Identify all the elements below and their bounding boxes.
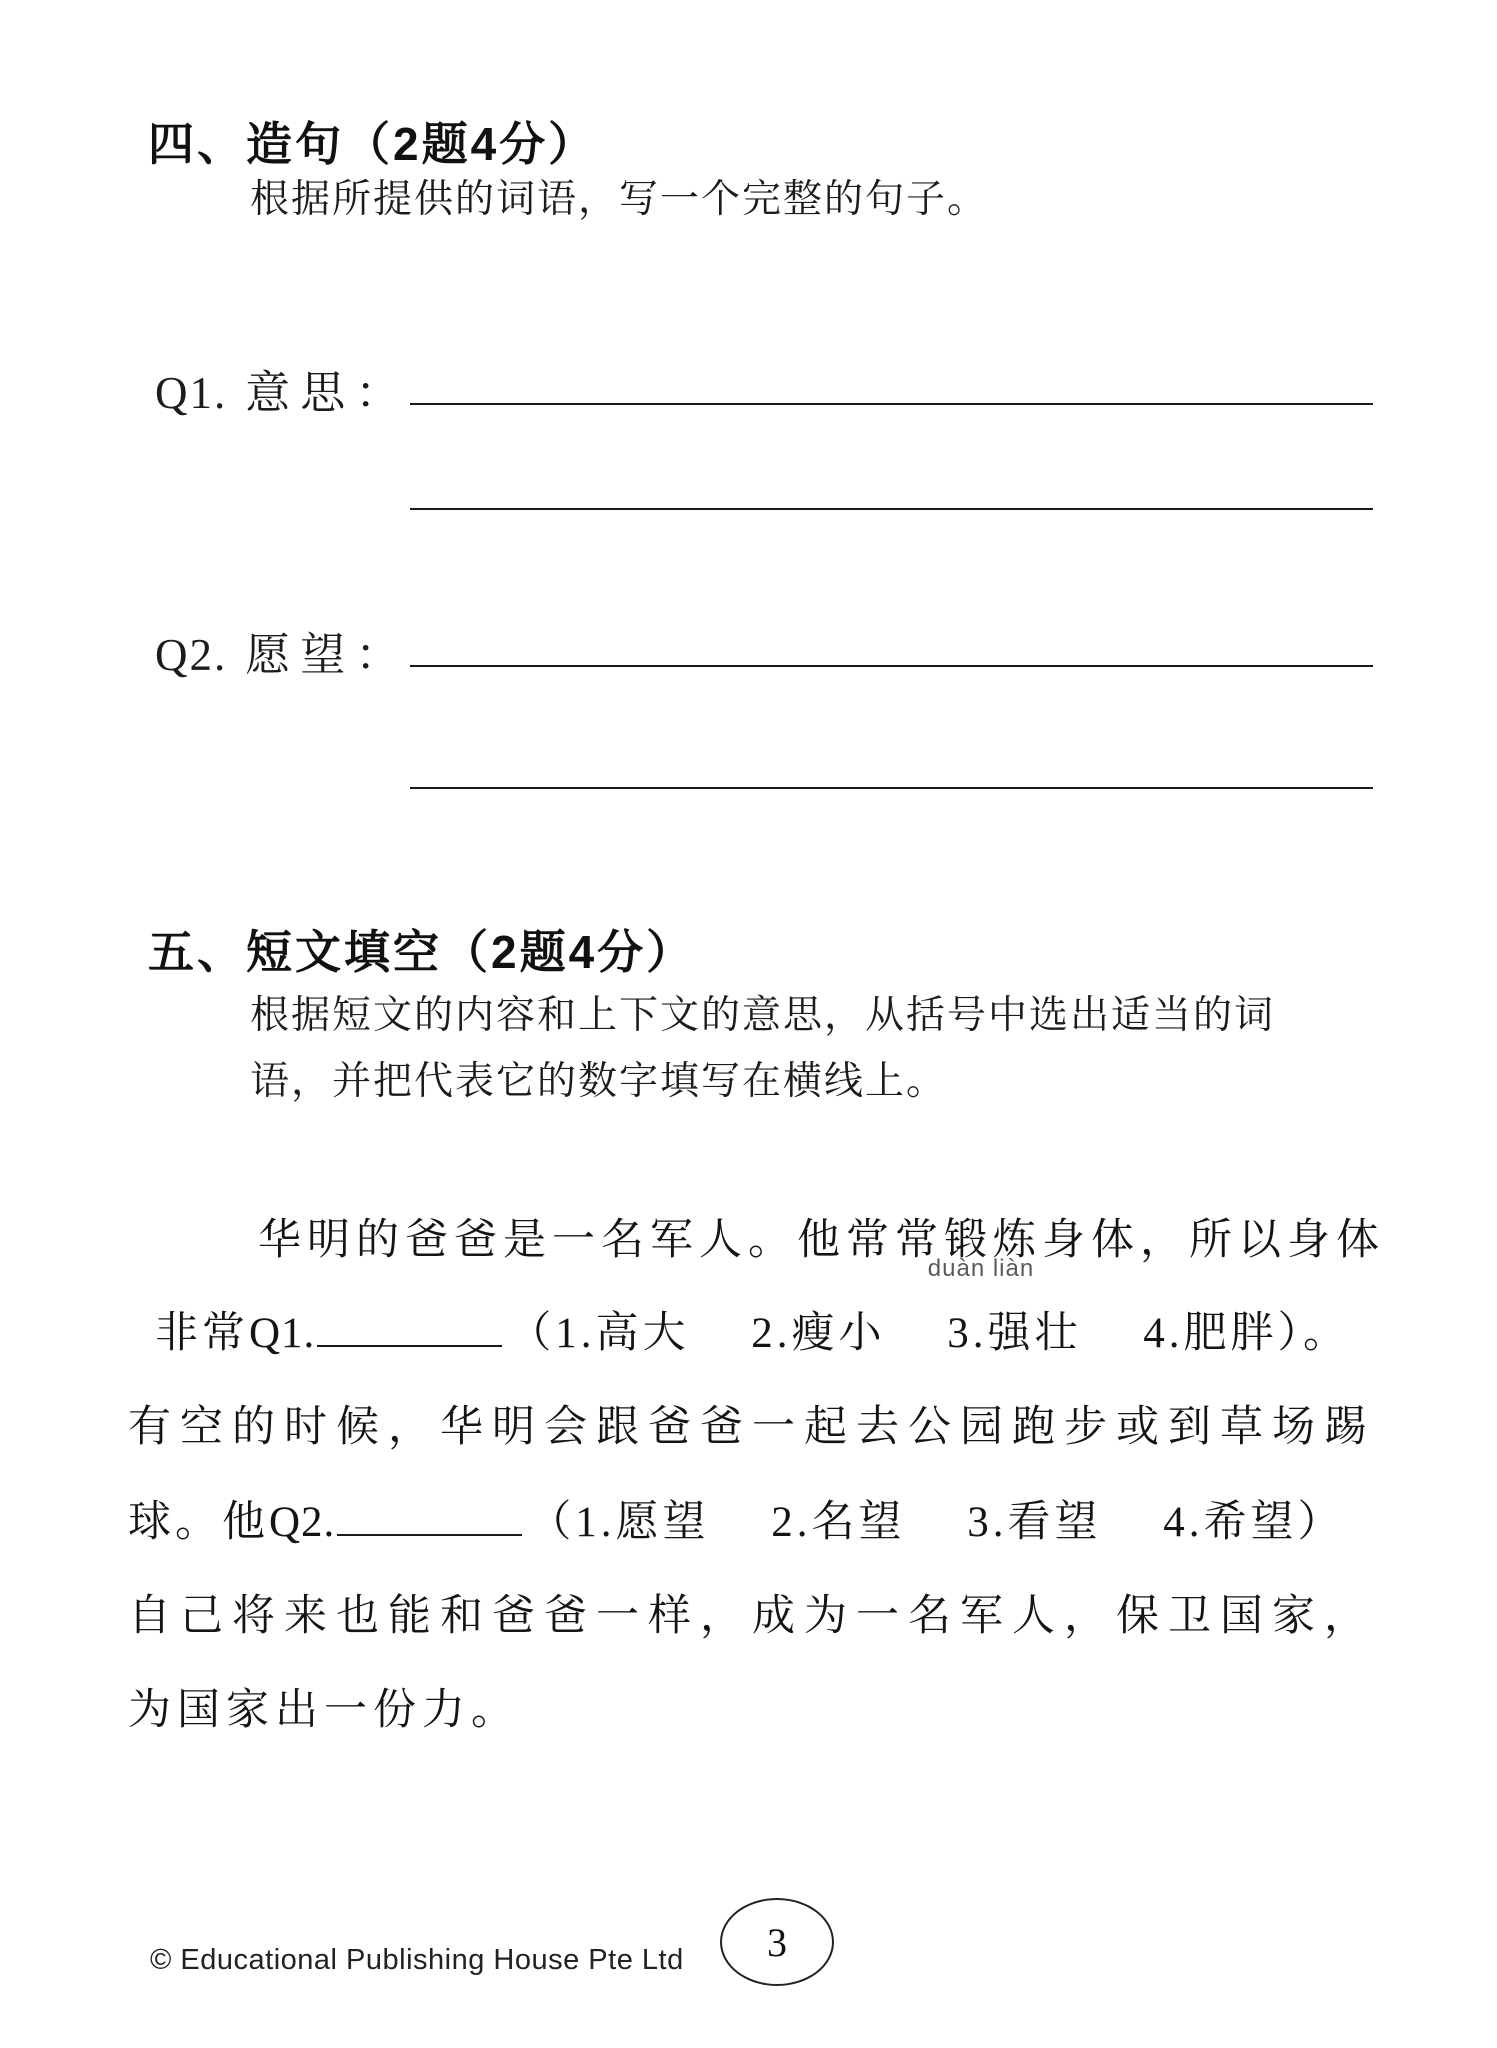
- passage-line-6: 为国家出一份力。: [128, 1676, 520, 1737]
- q1-answer-line-1: [410, 403, 1373, 405]
- q1-word: 意思：: [245, 368, 410, 418]
- q2-answer-line-2: [410, 787, 1373, 789]
- section-five-instruction-line1: 根据短文的内容和上下文的意思，从括号中选出适当的词: [250, 984, 1275, 1040]
- passage-line2-prefix: 非常: [155, 1310, 249, 1357]
- q2-row: Q2.愿望：: [155, 618, 410, 683]
- passage-line-2: 非常Q1.（1.高大 2.瘦小 3.强壮 4.肥胖）。: [155, 1299, 1350, 1360]
- passage-line-1: 华明的爸爸是一名军人。他常常锻炼身体，所以身体: [258, 1206, 1385, 1267]
- q2-word: 愿望：: [245, 630, 410, 680]
- page-number: 3: [767, 1919, 787, 1966]
- passage-line-3: 有空的时候，华明会跟爸爸一起去公园跑步或到草场踢: [128, 1393, 1376, 1454]
- copyright-notice: © Educational Publishing House Pte Ltd: [150, 1944, 684, 1977]
- passage-q2-label: Q2.: [269, 1499, 335, 1546]
- passage-line-4: 球。他Q2.（1.愿望 2.名望 3.看望 4.希望）: [128, 1488, 1345, 1549]
- section-four-instruction: 根据所提供的词语，写一个完整的句子。: [250, 168, 988, 224]
- pinyin-annotation: duàn liàn: [916, 1255, 1046, 1283]
- section-five-heading: 五、短文填空（2题4分）: [148, 916, 695, 982]
- section-five-instruction-line2: 语，并把代表它的数字填写在横线上。: [250, 1050, 947, 1106]
- section-four-heading: 四、造句（2题4分）: [148, 108, 597, 174]
- passage-line4-prefix: 球。他: [128, 1499, 269, 1546]
- passage-q1-options: （1.高大 2.瘦小 3.强壮 4.肥胖）。: [508, 1310, 1350, 1357]
- page-number-badge: 3: [720, 1898, 834, 1986]
- passage-q2-blank: [337, 1496, 522, 1536]
- q1-label: Q1.: [155, 368, 227, 418]
- q2-answer-line-1: [410, 665, 1373, 667]
- q1-row: Q1.意思：: [155, 356, 410, 421]
- q2-label: Q2.: [155, 630, 227, 680]
- passage-q2-options: （1.愿望 2.名望 3.看望 4.希望）: [528, 1499, 1344, 1546]
- passage-q1-blank: [317, 1307, 502, 1347]
- worksheet-page: 四、造句（2题4分） 根据所提供的词语，写一个完整的句子。 Q1.意思： Q2.…: [0, 0, 1497, 2048]
- passage-q1-label: Q1.: [249, 1310, 315, 1357]
- q1-answer-line-2: [410, 508, 1373, 510]
- passage-line-5: 自己将来也能和爸爸一样，成为一名军人，保卫国家，: [128, 1582, 1376, 1643]
